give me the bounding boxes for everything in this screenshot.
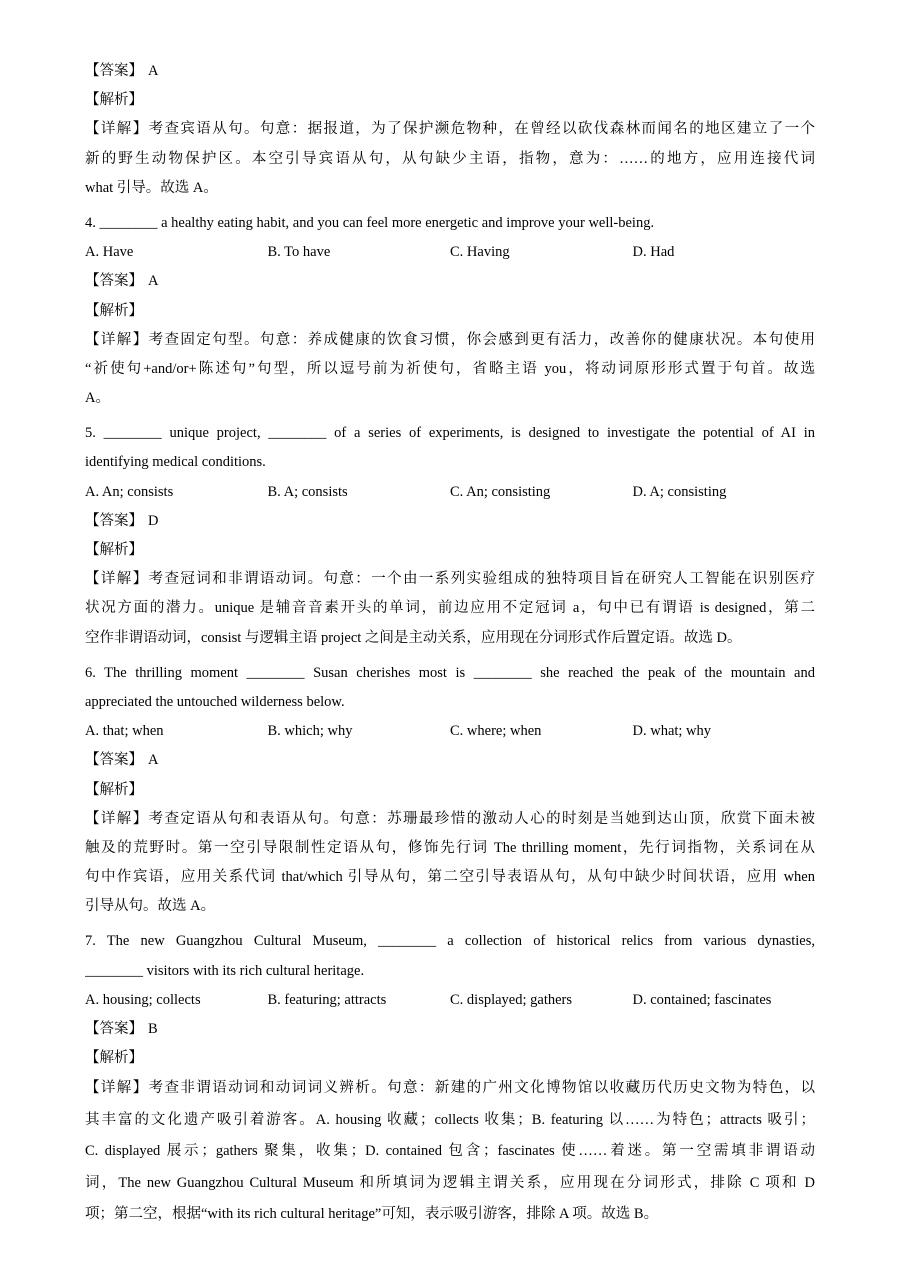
answer-line: 【答案】A bbox=[85, 267, 815, 296]
explanation-line: 引导从句。故选 A。 bbox=[85, 892, 815, 921]
explanation-line: what 引导。故选 A。 bbox=[85, 174, 815, 203]
option-d: D. A; consisting bbox=[633, 478, 816, 507]
analysis-label: 【解析】 bbox=[85, 1050, 143, 1066]
explanation-line: 【详解】考查非谓语动词和动词词义辨析。句意：新建的广州文化博物馆以收藏历代历史文… bbox=[85, 1073, 815, 1105]
q3-answer-block: 【答案】A 【解析】 【详解】考查宾语从句。句意：据报道，为了保护濒危物种，在曾… bbox=[85, 57, 815, 203]
analysis-line: 【解析】 bbox=[85, 297, 815, 326]
option-a: A. Have bbox=[85, 238, 268, 267]
explanation-line: 句中作宾语，应用关系代词 that/which 引导从句，第二空引导表语从句，从… bbox=[85, 863, 815, 892]
question-text: appreciated the untouched wilderness bel… bbox=[85, 688, 815, 717]
explanation-line: A。 bbox=[85, 384, 815, 413]
question-text: ________ visitors with its rich cultural… bbox=[85, 957, 815, 986]
answer-line: 【答案】A bbox=[85, 57, 815, 86]
explanation-line: 词，The new Guangzhou Cultural Museum 和所填词… bbox=[85, 1168, 815, 1200]
option-d: D. Had bbox=[633, 238, 816, 267]
answer-label: 【答案】 bbox=[85, 1021, 143, 1037]
analysis-label: 【解析】 bbox=[85, 542, 143, 558]
answer-line: 【答案】B bbox=[85, 1015, 815, 1044]
answer-label: 【答案】 bbox=[85, 513, 143, 529]
q5-block: 5. ________ unique project, ________ of … bbox=[85, 419, 815, 653]
explanation-line: 状况方面的潜力。unique 是辅音音素开头的单词，前边应用不定冠词 a，句中已… bbox=[85, 594, 815, 623]
option-a: A. An; consists bbox=[85, 478, 268, 507]
options-row: A. Have B. To have C. Having D. Had bbox=[85, 238, 815, 267]
option-a: A. that; when bbox=[85, 717, 268, 746]
options-row: A. housing; collects B. featuring; attra… bbox=[85, 986, 815, 1015]
analysis-label: 【解析】 bbox=[85, 782, 143, 798]
answer-value: B bbox=[148, 1021, 158, 1037]
explanation-line: 其丰富的文化遗产吸引着游客。A. housing 收藏；collects 收集；… bbox=[85, 1105, 815, 1137]
explanation-line: 【详解】考查冠词和非谓语动词。句意：一个由一系列实验组成的独特项目旨在研究人工智… bbox=[85, 565, 815, 594]
option-b: B. featuring; attracts bbox=[268, 986, 451, 1015]
document-page: 【答案】A 【解析】 【详解】考查宾语从句。句意：据报道，为了保护濒危物种，在曾… bbox=[0, 0, 900, 1273]
answer-value: A bbox=[148, 63, 158, 79]
q4-block: 4. ________ a healthy eating habit, and … bbox=[85, 209, 815, 413]
analysis-label: 【解析】 bbox=[85, 303, 143, 319]
option-d: D. what; why bbox=[633, 717, 816, 746]
analysis-line: 【解析】 bbox=[85, 536, 815, 565]
question-text: 5. ________ unique project, ________ of … bbox=[85, 419, 815, 448]
option-b: B. A; consists bbox=[268, 478, 451, 507]
analysis-label: 【解析】 bbox=[85, 92, 143, 108]
option-c: C. displayed; gathers bbox=[450, 986, 633, 1015]
answer-label: 【答案】 bbox=[85, 63, 143, 79]
question-text: 4. ________ a healthy eating habit, and … bbox=[85, 209, 815, 238]
explanation-line: 【详解】考查定语从句和表语从句。句意：苏珊最珍惜的激动人心的时刻是当她到达山顶，… bbox=[85, 805, 815, 834]
q7-block: 7. The new Guangzhou Cultural Museum, __… bbox=[85, 927, 815, 1230]
option-b: B. which; why bbox=[268, 717, 451, 746]
explanation-line: 【详解】考查宾语从句。句意：据报道，为了保护濒危物种，在曾经以砍伐森林而闻名的地… bbox=[85, 115, 815, 144]
answer-value: A bbox=[148, 752, 158, 768]
explanation-line: 项；第二空，根据“with its rich cultural heritage… bbox=[85, 1199, 815, 1231]
analysis-line: 【解析】 bbox=[85, 86, 815, 115]
answer-line: 【答案】D bbox=[85, 507, 815, 536]
explanation-line: 触及的荒野时。第一空引导限制性定语从句，修饰先行词 The thrilling … bbox=[85, 834, 815, 863]
explanation-line: “祈使句+and/or+陈述句”句型，所以逗号前为祈使句，省略主语 you，将动… bbox=[85, 355, 815, 384]
explanation-line: 空作非谓语动词，consist 与逻辑主语 project 之间是主动关系，应用… bbox=[85, 624, 815, 653]
answer-value: A bbox=[148, 273, 158, 289]
options-row: A. that; when B. which; why C. where; wh… bbox=[85, 717, 815, 746]
answer-label: 【答案】 bbox=[85, 752, 143, 768]
analysis-line: 【解析】 bbox=[85, 1044, 815, 1073]
q6-block: 6. The thrilling moment ________ Susan c… bbox=[85, 659, 815, 922]
explanation-line: C. displayed 展示；gathers 聚集，收集；D. contain… bbox=[85, 1136, 815, 1168]
question-text: identifying medical conditions. bbox=[85, 448, 815, 477]
options-row: A. An; consists B. A; consists C. An; co… bbox=[85, 478, 815, 507]
option-c: C. An; consisting bbox=[450, 478, 633, 507]
answer-line: 【答案】A bbox=[85, 746, 815, 775]
option-a: A. housing; collects bbox=[85, 986, 268, 1015]
option-c: C. where; when bbox=[450, 717, 633, 746]
question-text: 7. The new Guangzhou Cultural Museum, __… bbox=[85, 927, 815, 956]
option-c: C. Having bbox=[450, 238, 633, 267]
question-text: 6. The thrilling moment ________ Susan c… bbox=[85, 659, 815, 688]
answer-value: D bbox=[148, 513, 158, 529]
explanation-line: 新的野生动物保护区。本空引导宾语从句，从句缺少主语，指物，意为：……的地方，应用… bbox=[85, 145, 815, 174]
explanation-line: 【详解】考查固定句型。句意：养成健康的饮食习惯，你会感到更有活力，改善你的健康状… bbox=[85, 326, 815, 355]
option-d: D. contained; fascinates bbox=[633, 986, 816, 1015]
option-b: B. To have bbox=[268, 238, 451, 267]
answer-label: 【答案】 bbox=[85, 273, 143, 289]
analysis-line: 【解析】 bbox=[85, 776, 815, 805]
